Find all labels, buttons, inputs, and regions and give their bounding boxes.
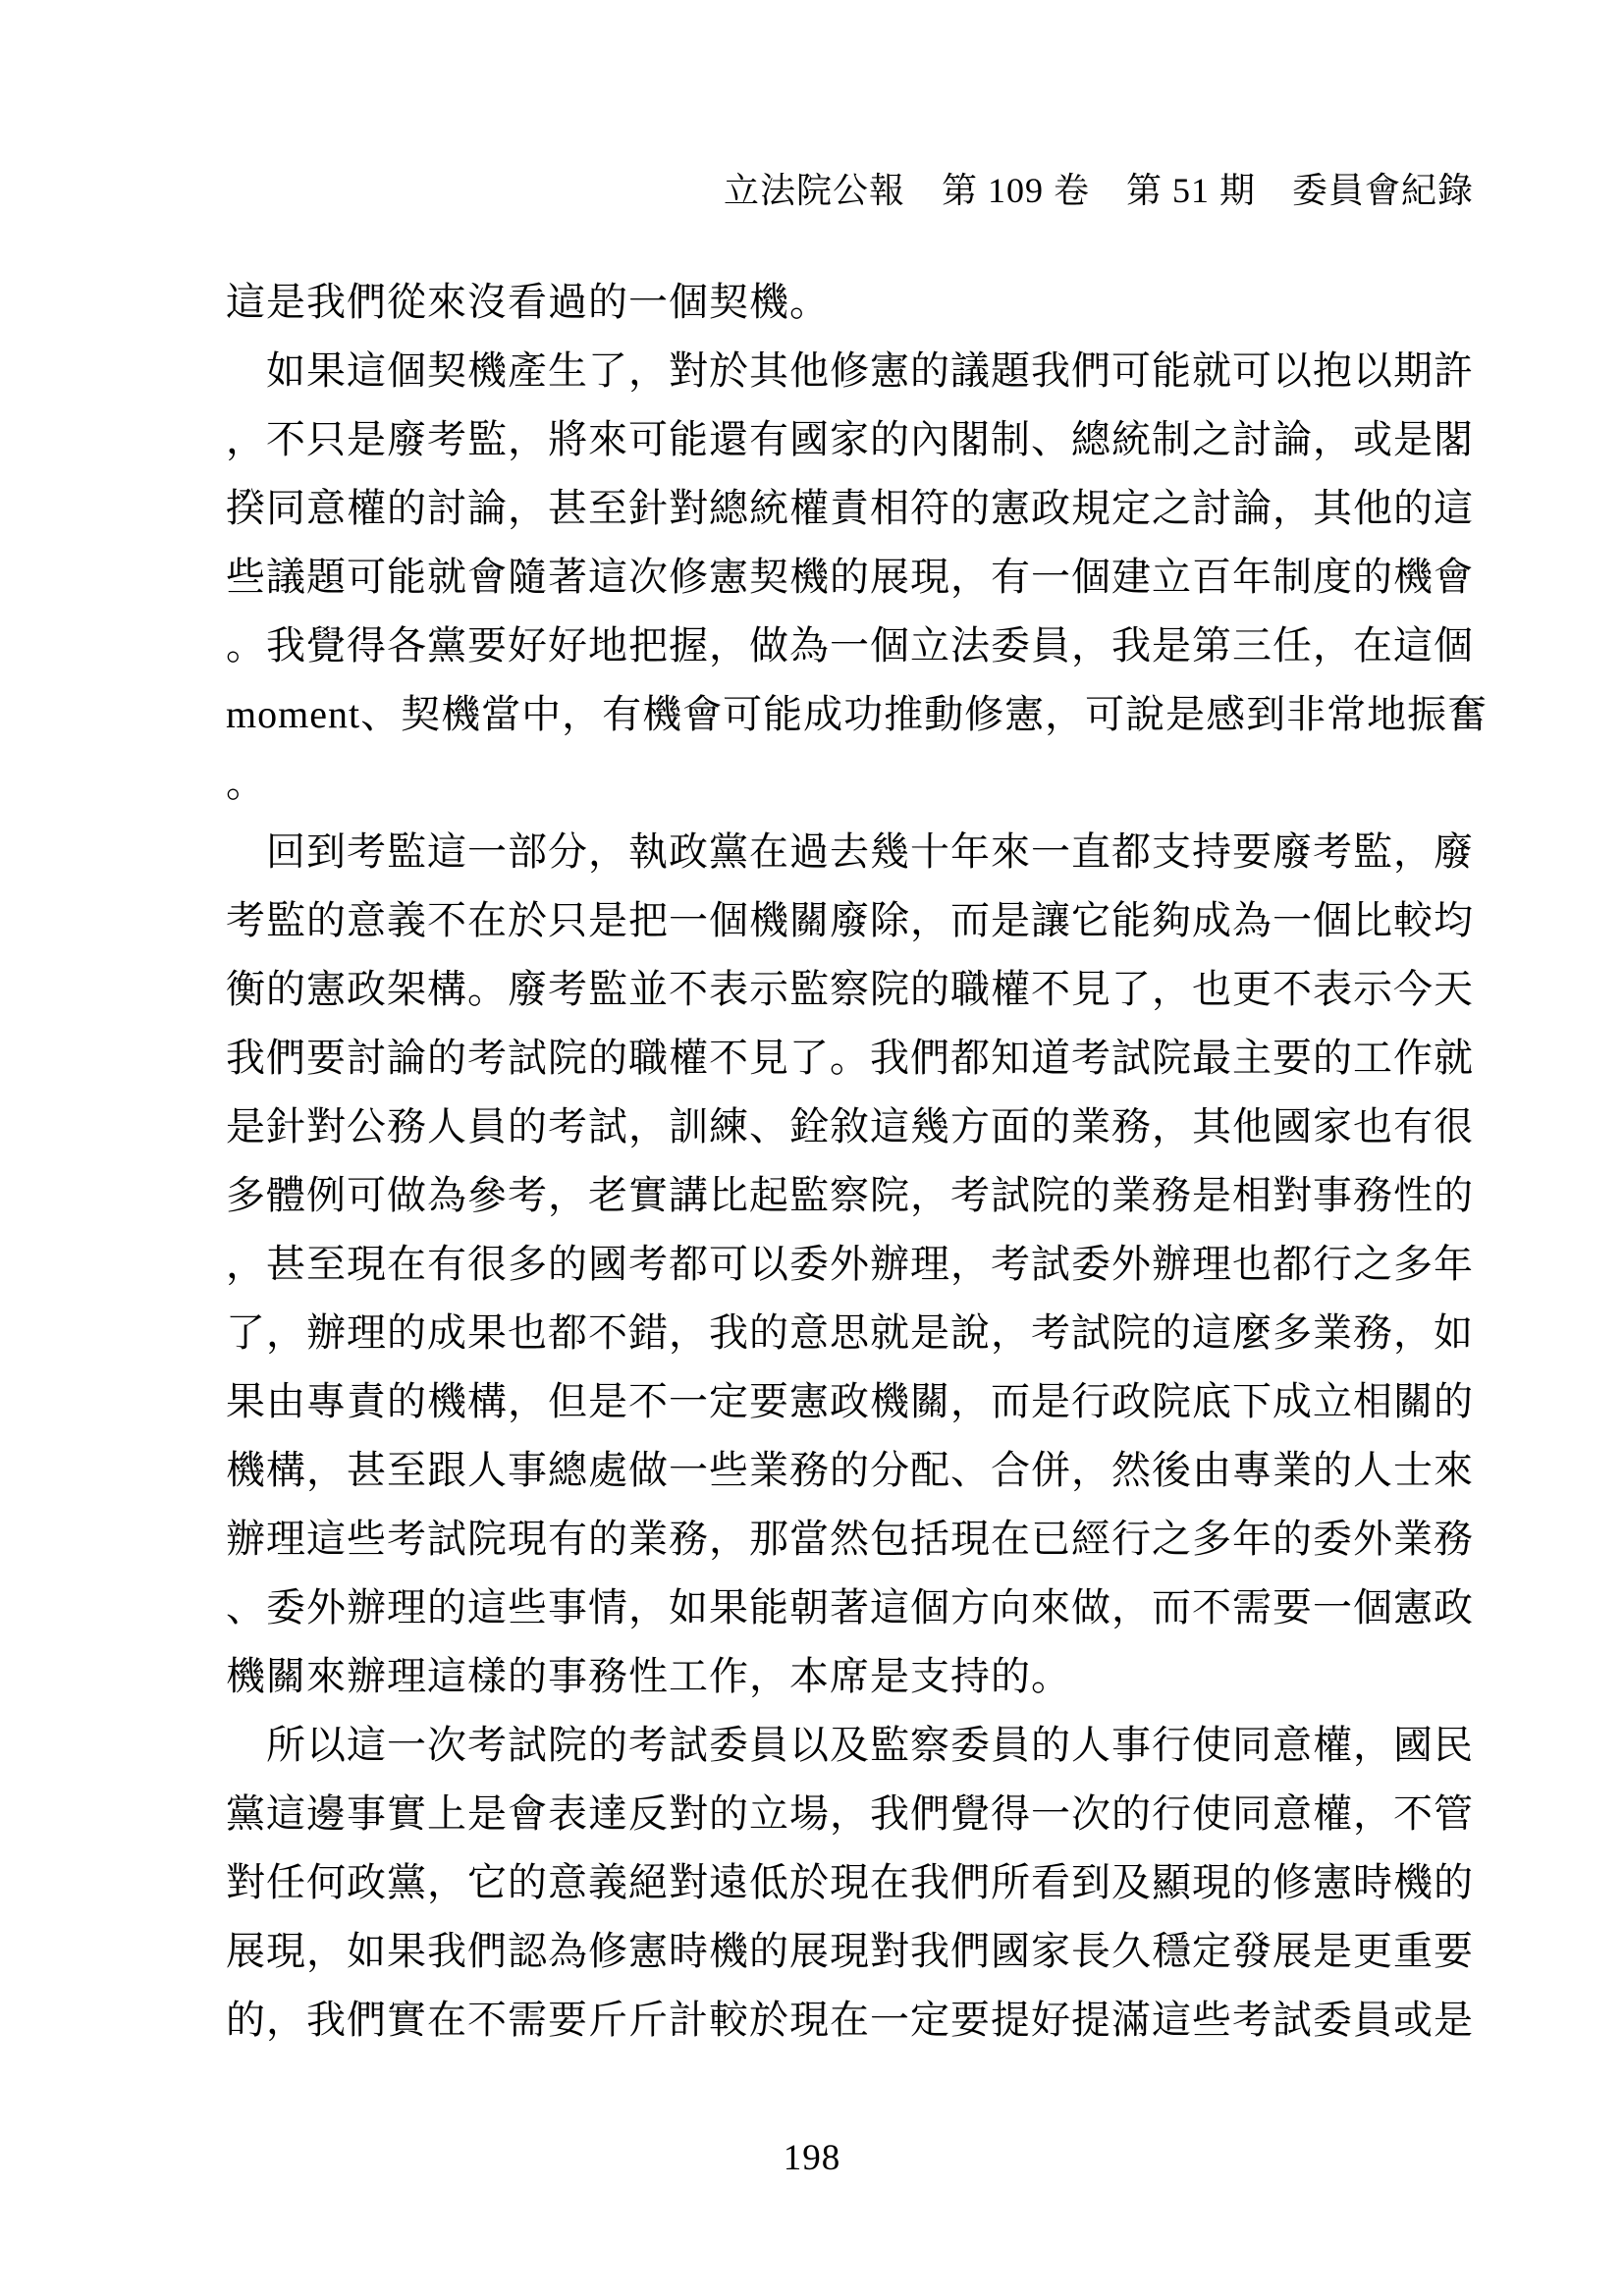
text-line: ，甚至現在有很多的國考都可以委外辦理，考試委外辦理也都行之多年 — [226, 1230, 1475, 1299]
text-line: 對任何政黨，它的意義絕對遠低於現在我們所看到及顯現的修憲時機的 — [226, 1848, 1475, 1917]
text-line: 的，我們實在不需要斤斤計較於現在一定要提好提滿這些考試委員或是 — [226, 1986, 1475, 2055]
body-text: 這是我們從來沒看過的一個契機。 如果這個契機產生了，對於其他修憲的議題我們可能就… — [226, 268, 1475, 2055]
text-line: 衡的憲政架構。廢考監並不表示監察院的職權不見了，也更不表示今天 — [226, 955, 1475, 1024]
text-line: 考監的意義不在於只是把一個機關廢除，而是讓它能夠成為一個比較均 — [226, 886, 1475, 955]
text-line: 機構，甚至跟人事總處做一些業務的分配、合併，然後由專業的人士來 — [226, 1436, 1475, 1505]
text-line: 回到考監這一部分，執政黨在過去幾十年來一直都支持要廢考監，廢 — [226, 818, 1475, 886]
text-line: 如果這個契機產生了，對於其他修憲的議題我們可能就可以抱以期許 — [226, 337, 1475, 405]
text-line: 揆同意權的討論，甚至針對總統權責相符的憲政規定之討論，其他的這 — [226, 474, 1475, 543]
text-line: 果由專責的機構，但是不一定要憲政機關，而是行政院底下成立相關的 — [226, 1367, 1475, 1436]
text-line: 。 — [226, 749, 1475, 818]
text-line: 機關來辦理這樣的事務性工作，本席是支持的。 — [226, 1642, 1475, 1711]
text-line: 展現，如果我們認為修憲時機的展現對我們國家長久穩定發展是更重要 — [226, 1917, 1475, 1986]
page-number: 198 — [0, 2138, 1624, 2179]
text-line: ，不只是廢考監，將來可能還有國家的內閣制、總統制之討論，或是閣 — [226, 405, 1475, 474]
text-line: 、委外辦理的這些事情，如果能朝著這個方向來做，而不需要一個憲政 — [226, 1574, 1475, 1642]
text-line: 了，辦理的成果也都不錯，我的意思就是說，考試院的這麼多業務，如 — [226, 1299, 1475, 1367]
text-line: 所以這一次考試院的考試委員以及監察委員的人事行使同意權，國民 — [226, 1711, 1475, 1780]
text-line: moment、契機當中，有機會可能成功推動修憲，可說是感到非常地振奮 — [226, 680, 1475, 749]
text-line: 是針對公務人員的考試，訓練、銓敘這幾方面的業務，其他國家也有很 — [226, 1093, 1475, 1161]
text-line: 些議題可能就會隨著這次修憲契機的展現，有一個建立百年制度的機會 — [226, 543, 1475, 612]
gazette-page: 立法院公報 第 109 卷 第 51 期 委員會紀錄 這是我們從來沒看過的一個契… — [0, 0, 1624, 2296]
page-header: 立法院公報 第 109 卷 第 51 期 委員會紀錄 — [724, 171, 1474, 210]
text-line: 我們要討論的考試院的職權不見了。我們都知道考試院最主要的工作就 — [226, 1024, 1475, 1093]
text-line: 黨這邊事實上是會表達反對的立場，我們覺得一次的行使同意權，不管 — [226, 1780, 1475, 1848]
text-line: 這是我們從來沒看過的一個契機。 — [226, 268, 1475, 337]
text-line: 多體例可做為參考，老實講比起監察院，考試院的業務是相對事務性的 — [226, 1161, 1475, 1230]
text-line: 。我覺得各黨要好好地把握，做為一個立法委員，我是第三任，在這個 — [226, 612, 1475, 680]
text-line: 辦理這些考試院現有的業務，那當然包括現在已經行之多年的委外業務 — [226, 1505, 1475, 1574]
